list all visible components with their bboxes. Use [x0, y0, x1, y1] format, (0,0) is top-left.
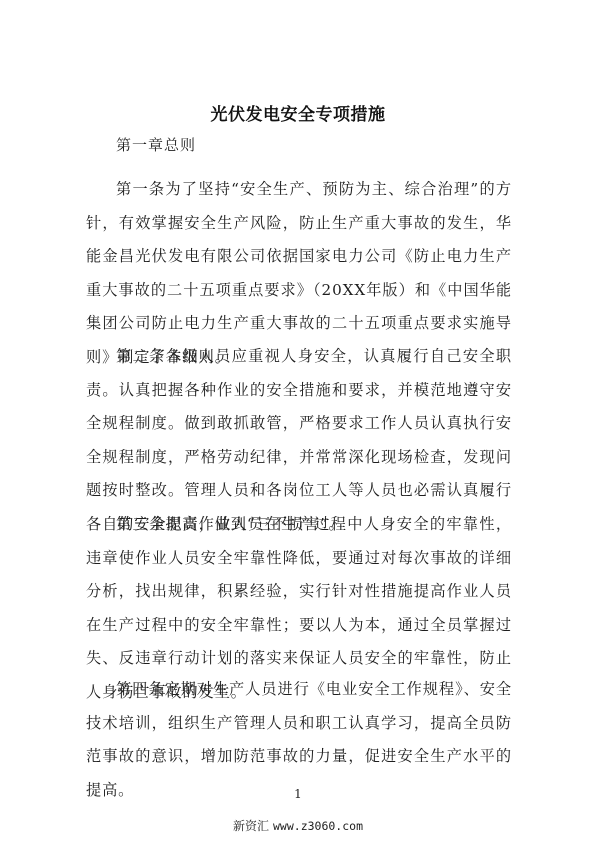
footer-watermark: 新资汇www.z3060.com — [0, 817, 596, 834]
chapter-heading: 第一章总则 — [116, 134, 196, 155]
document-title: 光伏发电安全专项措施 — [0, 100, 596, 125]
footer-label: 新资汇 — [233, 819, 269, 833]
footer-site: www.z3060.com — [273, 819, 363, 833]
document-page: 光伏发电安全专项措施 第一章总则 第一条为了坚持“安全生产、预防为主、综合治理”… — [0, 0, 596, 842]
page-number: 1 — [0, 787, 596, 801]
